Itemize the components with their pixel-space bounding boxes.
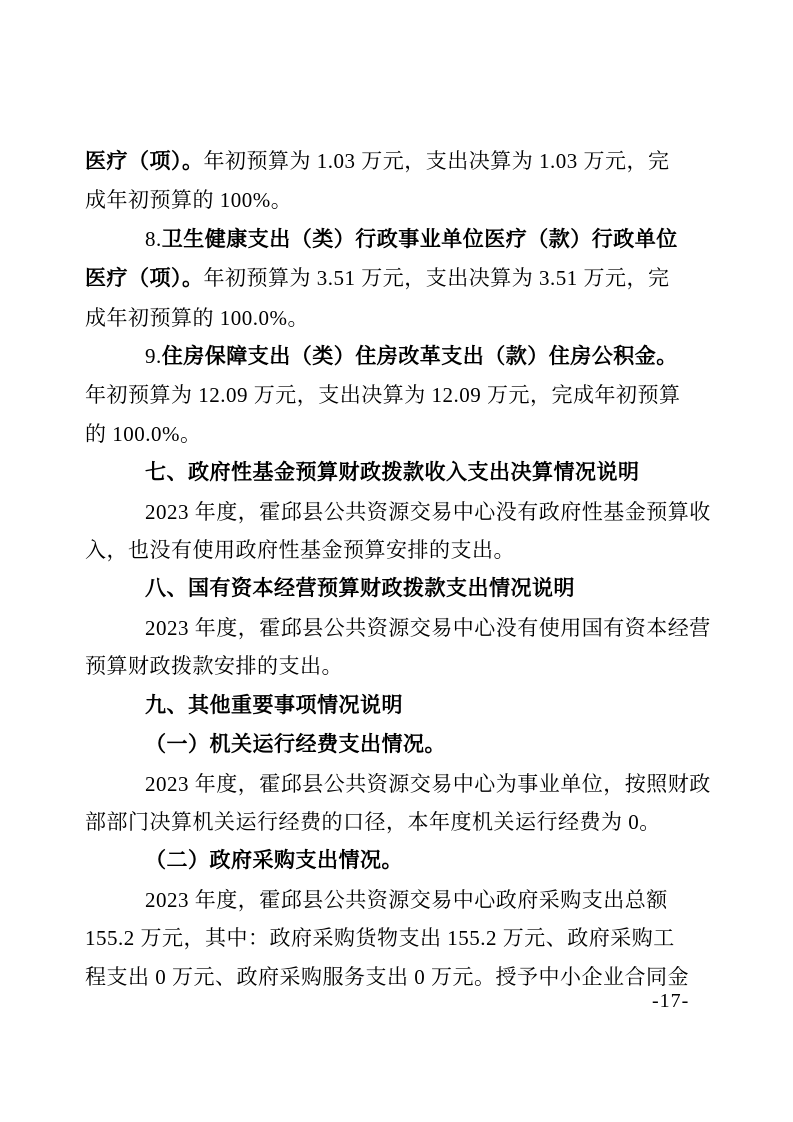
section-heading-8: 八、国有资本经营预算财政拨款支出情况说明 <box>85 569 710 608</box>
text-line: 年初预算为 12.09 万元，支出决算为 12.09 万元，完成年初预算 <box>85 376 710 414</box>
text-run: 155.2 万元，其中：政府采购货物支出 155.2 万元、政府采购工 <box>85 926 675 950</box>
text-run: 2023 年度，霍邱县公共资源交易中心为事业单位，按照财政 <box>145 772 711 796</box>
text-line: 程支出 0 万元、政府采购服务支出 0 万元。授予中小企业合同金 <box>85 958 710 996</box>
text-run-bold: 八、国有资本经营预算财政拨款支出情况说明 <box>145 577 575 600</box>
text-run-bold: 医疗（项）。 <box>85 267 204 290</box>
text-run: 2023 年度，霍邱县公共资源交易中心政府采购支出总额 <box>145 888 668 912</box>
document-content: 医疗（项）。年初预算为 1.03 万元，支出决算为 1.03 万元，完 成年初预… <box>85 142 710 996</box>
text-run: 年初预算为 1.03 万元，支出决算为 1.03 万元，完 <box>204 149 670 173</box>
section-heading-9: 九、其他重要事项情况说明 <box>85 686 710 725</box>
document-page: 医疗（项）。年初预算为 1.03 万元，支出决算为 1.03 万元，完 成年初预… <box>0 0 793 1122</box>
subsection-heading-1: （一）机关运行经费支出情况。 <box>85 725 710 764</box>
text-run: 入，也没有使用政府性基金预算安排的支出。 <box>85 538 515 562</box>
text-line: 预算财政拨款安排的支出。 <box>85 647 710 685</box>
text-run: 程支出 0 万元、政府采购服务支出 0 万元。授予中小企业合同金 <box>85 965 689 989</box>
text-run-bold: 住房保障支出（类）住房改革支出（款）住房公积金。 <box>162 345 678 368</box>
text-line-heading-9: 9.住房保障支出（类）住房改革支出（款）住房公积金。 <box>85 337 710 376</box>
text-run: 预算财政拨款安排的支出。 <box>85 654 343 678</box>
text-run: 年初预算为 12.09 万元，支出决算为 12.09 万元，完成年初预算 <box>85 383 681 407</box>
text-line: 成年初预算的 100%。 <box>85 181 710 219</box>
text-run-bold: （二）政府采购支出情况。 <box>145 849 403 872</box>
text-line: 医疗（项）。年初预算为 1.03 万元，支出决算为 1.03 万元，完 <box>85 142 710 181</box>
text-line: 部部门决算机关运行经费的口径，本年度机关运行经费为 0。 <box>85 803 710 841</box>
text-run: 年初预算为 3.51 万元，支出决算为 3.51 万元，完 <box>204 266 670 290</box>
text-line: 155.2 万元，其中：政府采购货物支出 155.2 万元、政府采购工 <box>85 919 710 957</box>
text-line: 2023 年度，霍邱县公共资源交易中心没有政府性基金预算收 <box>85 493 710 531</box>
text-line: 的 100.0%。 <box>85 415 710 453</box>
text-run: 2023 年度，霍邱县公共资源交易中心没有使用国有资本经营 <box>145 616 711 640</box>
text-run: 成年初预算的 100%。 <box>85 188 292 212</box>
text-run-bold: 医疗（项）。 <box>85 150 204 173</box>
text-line: 成年初预算的 100.0%。 <box>85 299 710 337</box>
subsection-heading-2: （二）政府采购支出情况。 <box>85 841 710 880</box>
text-line-heading-8: 8.卫生健康支出（类）行政事业单位医疗（款）行政单位 <box>85 220 710 259</box>
page-number: -17- <box>652 990 689 1013</box>
text-run: 部部门决算机关运行经费的口径，本年度机关运行经费为 0。 <box>85 810 661 834</box>
text-run-bold: 七、政府性基金预算财政拨款收入支出决算情况说明 <box>145 461 640 484</box>
text-run: 的 100.0%。 <box>85 422 202 446</box>
text-run-bold: （一）机关运行经费支出情况。 <box>145 733 446 756</box>
text-line: 2023 年度，霍邱县公共资源交易中心没有使用国有资本经营 <box>85 609 710 647</box>
text-run: 9. <box>145 344 162 368</box>
text-run-bold: 卫生健康支出（类）行政事业单位医疗（款）行政单位 <box>162 228 678 251</box>
text-run-bold: 九、其他重要事项情况说明 <box>145 694 403 717</box>
text-run: 8. <box>145 227 162 251</box>
section-heading-7: 七、政府性基金预算财政拨款收入支出决算情况说明 <box>85 453 710 492</box>
text-run: 成年初预算的 100.0%。 <box>85 306 309 330</box>
text-run: 2023 年度，霍邱县公共资源交易中心没有政府性基金预算收 <box>145 500 711 524</box>
text-line: 2023 年度，霍邱县公共资源交易中心政府采购支出总额 <box>85 881 710 919</box>
text-line: 2023 年度，霍邱县公共资源交易中心为事业单位，按照财政 <box>85 765 710 803</box>
text-line: 入，也没有使用政府性基金预算安排的支出。 <box>85 531 710 569</box>
text-line: 医疗（项）。年初预算为 3.51 万元，支出决算为 3.51 万元，完 <box>85 259 710 298</box>
